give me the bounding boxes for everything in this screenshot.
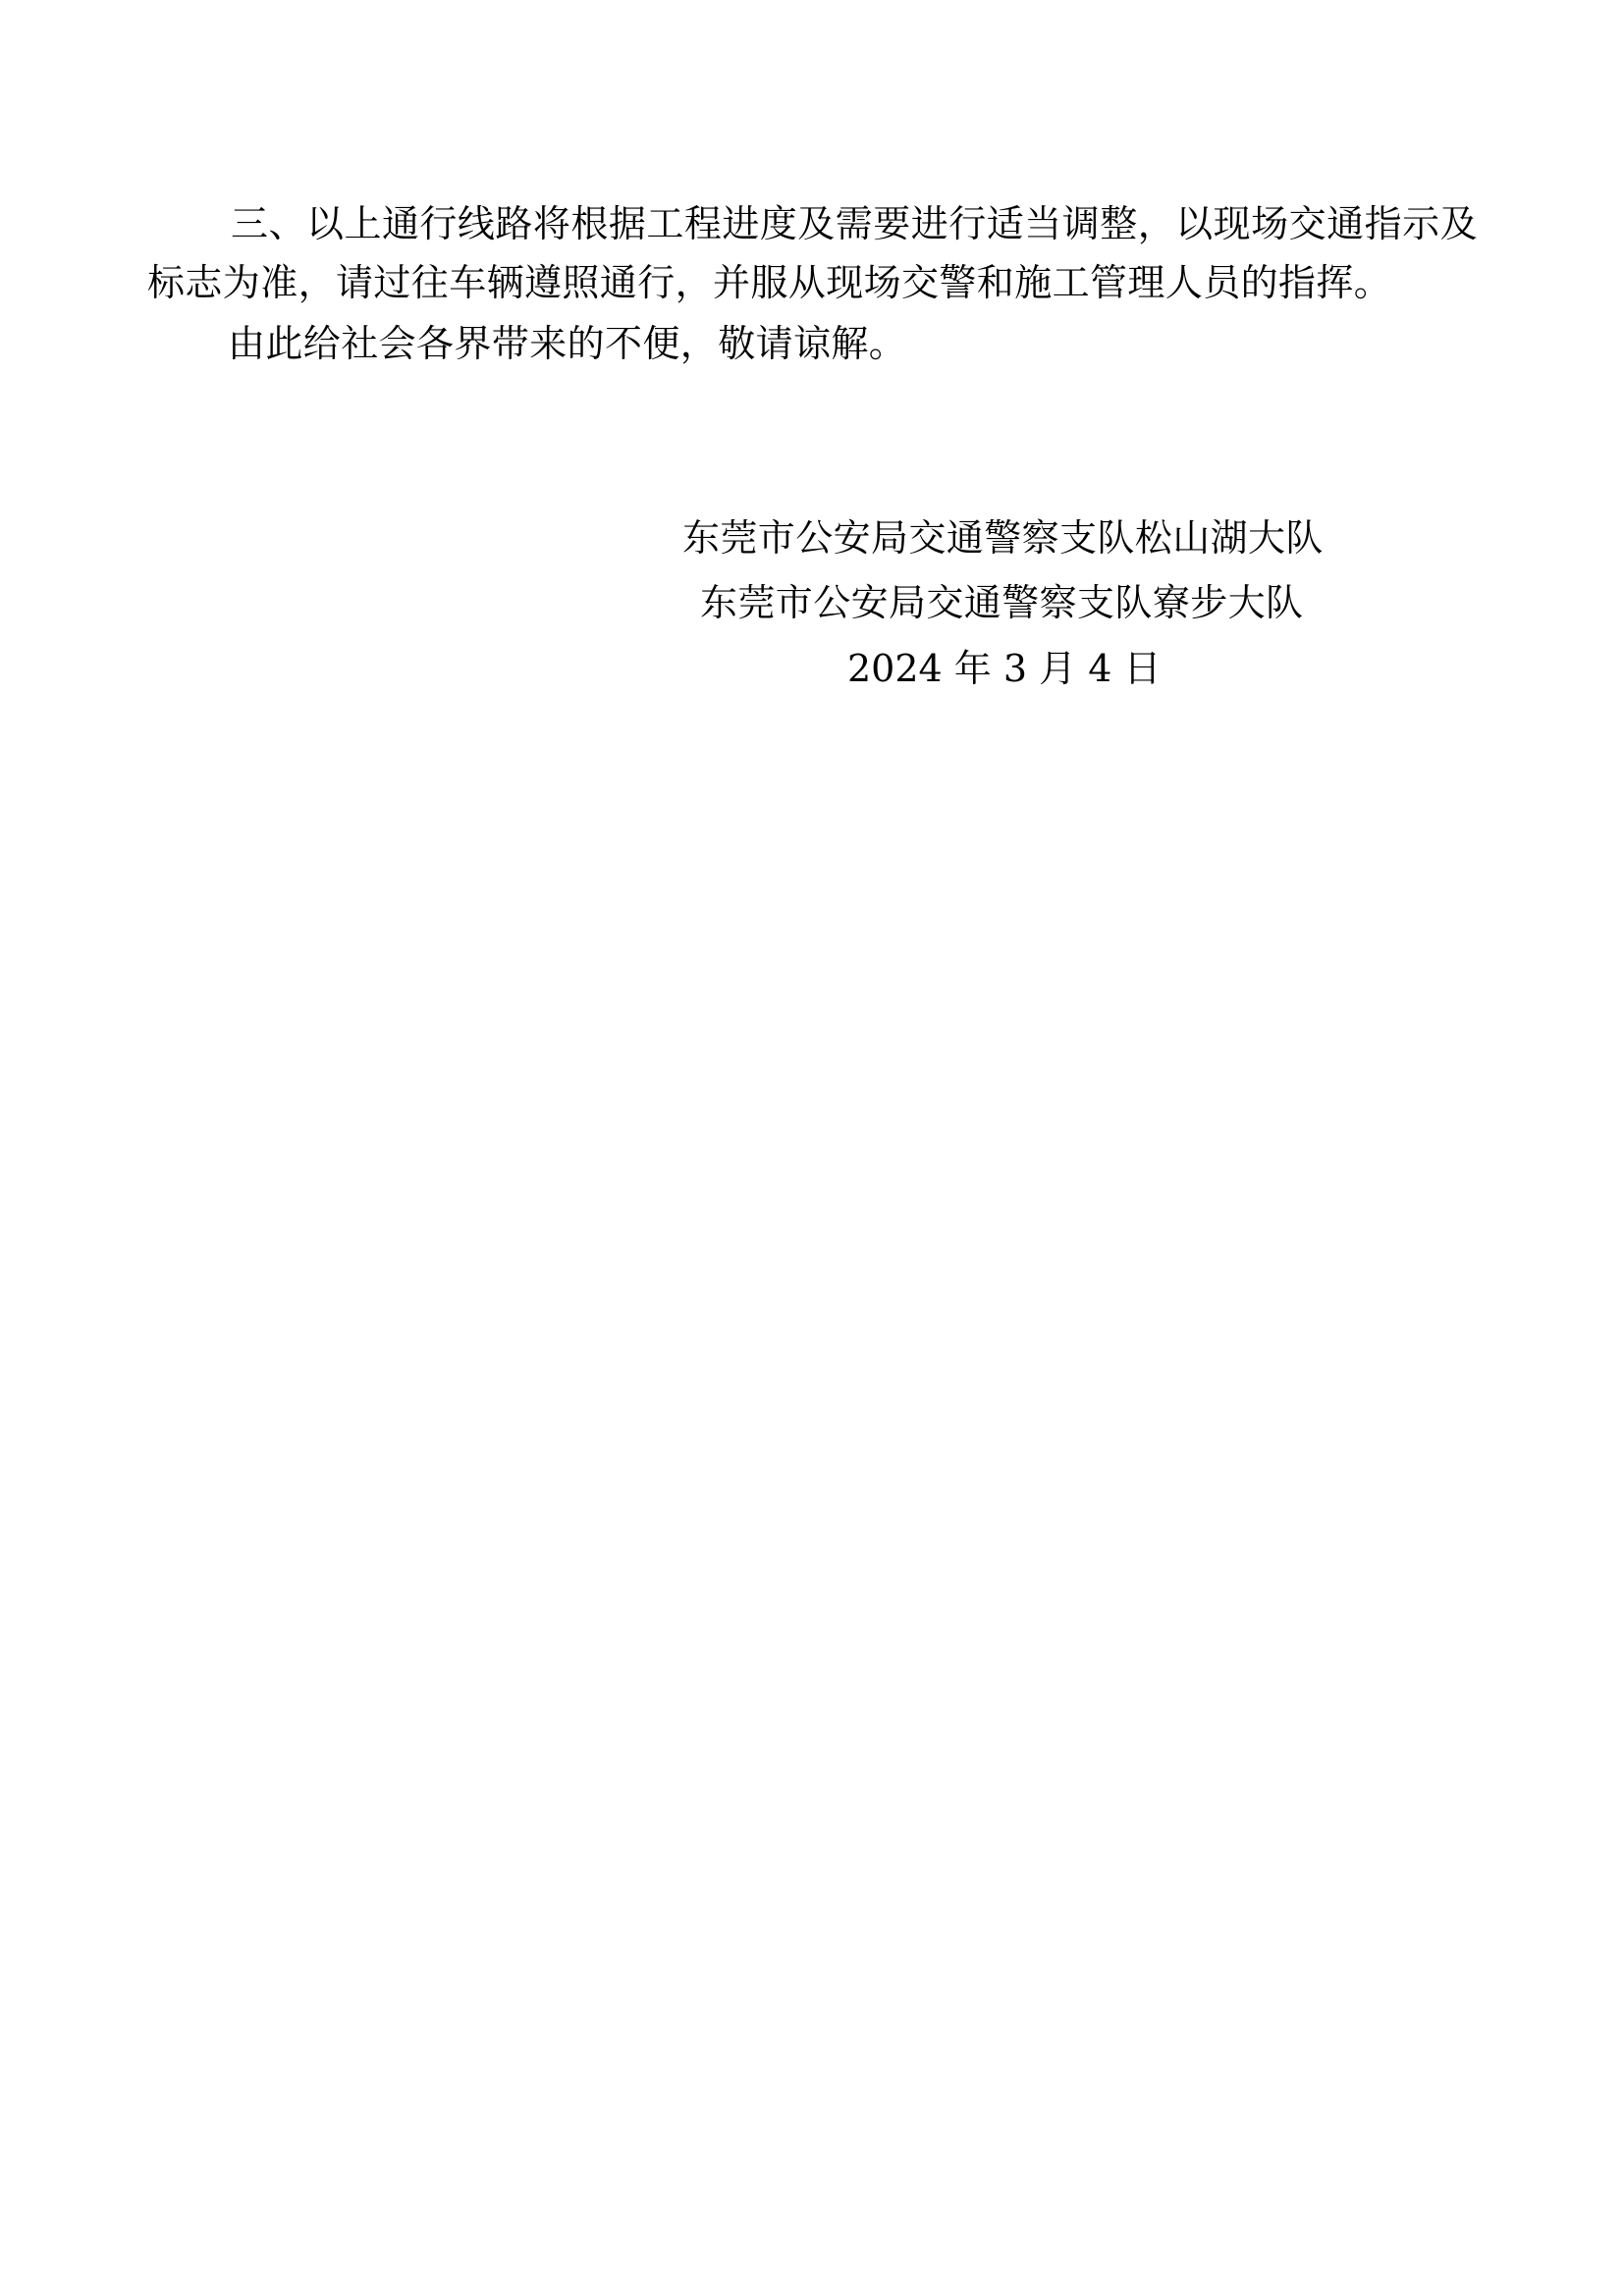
document-page: 三、以上通行线路将根据工程进度及需要进行适当调整，以现场交通指示及 标志为准，请… <box>0 0 1624 2296</box>
signature-issuer-songshanhu: 东莞市公安局交通警察支队松山湖大队 <box>682 516 1324 560</box>
signature-date: 2024 年 3 月 4 日 <box>847 647 1161 690</box>
notice-item-3-line-1: 三、以上通行线路将根据工程进度及需要进行适当调整，以现场交通指示及 <box>231 202 1478 245</box>
closing-apology-line: 由此给社会各界带来的不便，敬请谅解。 <box>228 322 906 365</box>
notice-item-3-line-2: 标志为准，请过往车辆遵照通行，并服从现场交警和施工管理人员的指挥。 <box>147 261 1391 304</box>
signature-issuer-liaobu: 东莞市公安局交通警察支队寮步大队 <box>700 581 1303 624</box>
